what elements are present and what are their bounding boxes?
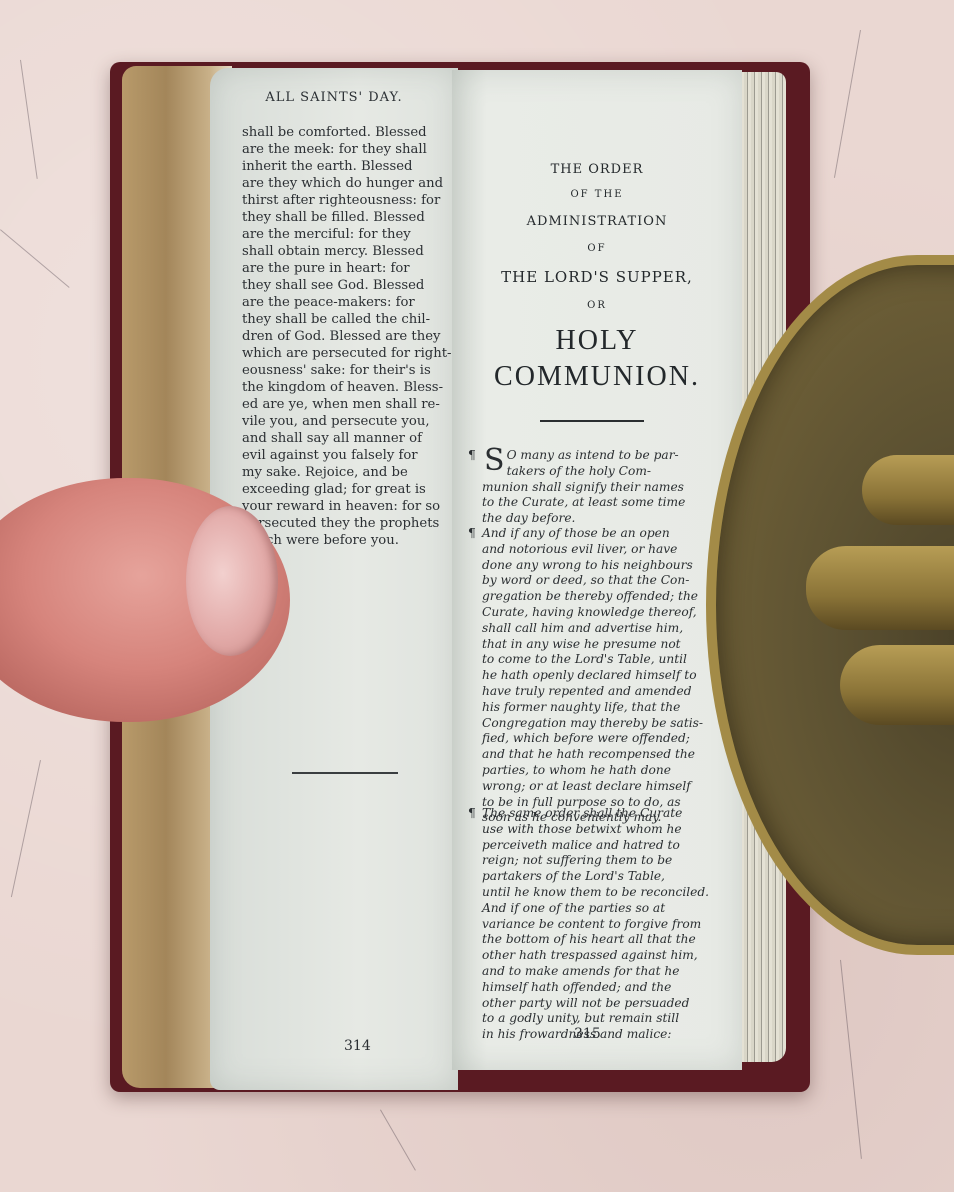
text-line: takers of the holy Com-	[484, 464, 704, 480]
right-page: THE ORDER OF THE ADMINISTRATION OF THE L…	[452, 70, 742, 1070]
text-line: Congregation may thereby be satis-	[482, 716, 704, 732]
text-line: are the pure in heart: for	[242, 260, 438, 277]
text-line: vile you, and persecute you,	[242, 413, 438, 430]
text-line: partakers of the Lord's Table,	[482, 869, 704, 885]
text-line: reign; not suffering them to be	[482, 853, 704, 869]
text-line: and to make amends for that he	[482, 964, 704, 980]
text-line: until he know them to be reconciled.	[482, 885, 704, 901]
brass-finger	[840, 645, 954, 725]
text-line: shall obtain mercy. Blessed	[242, 243, 438, 260]
text-line: And if one of the parties so at	[482, 901, 704, 917]
brass-finger	[806, 546, 954, 630]
text-line: your reward in heaven: for so	[242, 498, 438, 515]
text-line: thirst after righteousness: for	[242, 192, 438, 209]
text-line: other hath trespassed against him,	[482, 948, 704, 964]
text-line: use with those betwixt whom he	[482, 822, 704, 838]
text-line: that in any wise he presume not	[482, 637, 704, 653]
text-line: by word or deed, so that the Con-	[482, 573, 704, 589]
drop-cap: S	[484, 448, 505, 474]
text-line: they shall be called the chil-	[242, 311, 438, 328]
text-line: evil against you falsely for	[242, 447, 438, 464]
paper-fiber	[380, 1110, 416, 1171]
text-line: inherit the earth. Blessed	[242, 158, 438, 175]
text-line: O many as intend to be par-	[484, 448, 704, 464]
text-line: are the peace-makers: for	[242, 294, 438, 311]
brass-finger	[862, 455, 954, 525]
paper-fiber	[0, 229, 70, 288]
text-line: and that he hath recompensed the	[482, 747, 704, 763]
text-line: And if any of those be an open	[482, 526, 704, 542]
title-line: THE LORD'S SUPPER,	[452, 268, 742, 286]
page-number-right: 315	[574, 1026, 601, 1042]
text-line: eousness' sake: for their's is	[242, 362, 438, 379]
text-line: the kingdom of heaven. Bless-	[242, 379, 438, 396]
text-line: persecuted they the prophets	[242, 515, 438, 532]
fingernail	[186, 506, 278, 656]
text-line: wrong; or at least declare himself	[482, 779, 704, 795]
title-holy: HOLY	[452, 325, 742, 357]
rubric-paragraph-2: ¶ And if any of those be an open and not…	[470, 526, 704, 826]
text-line: gregation be thereby offended; the	[482, 589, 704, 605]
text-line: and shall say all manner of	[242, 430, 438, 447]
text-line: are the merciful: for they	[242, 226, 438, 243]
title-line: THE ORDER	[452, 162, 742, 177]
pilcrow-icon: ¶	[468, 526, 476, 542]
rubric-paragraph-3: ¶ The same order shall the Curate use wi…	[470, 806, 704, 1043]
section-rule	[292, 772, 398, 774]
section-title: THE ORDER OF THE ADMINISTRATION OF THE L…	[452, 162, 742, 393]
text-line: to the Curate, at least some time	[482, 495, 704, 511]
text-line: The same order shall the Curate	[482, 806, 704, 822]
text-line: to a godly unity, but remain still	[482, 1011, 704, 1027]
pilcrow-icon: ¶	[468, 806, 476, 822]
text-line: are the meek: for they shall	[242, 141, 438, 158]
rubric-paragraph-1: ¶ S O many as intend to be par- takers o…	[470, 448, 704, 527]
text-line: himself hath offended; and the	[482, 980, 704, 996]
text-line: are they which do hunger and	[242, 175, 438, 192]
paper-fiber	[11, 760, 41, 897]
text-line: they shall see God. Blessed	[242, 277, 438, 294]
title-line: OF	[452, 243, 742, 254]
text-line: Curate, having knowledge thereof,	[482, 605, 704, 621]
text-line: which are persecuted for right-	[242, 345, 438, 362]
paper-fiber	[834, 30, 861, 178]
text-line: the day before.	[482, 511, 704, 527]
paper-fiber	[840, 960, 862, 1159]
title-line: ADMINISTRATION	[452, 214, 742, 229]
title-line: OF THE	[452, 189, 742, 200]
text-line: exceeding glad; for great is	[242, 481, 438, 498]
pilcrow-icon: ¶	[468, 448, 476, 464]
title-communion: COMMUNION.	[452, 361, 742, 393]
text-line: my sake. Rejoice, and be	[242, 464, 438, 481]
text-line: they shall be filled. Blessed	[242, 209, 438, 226]
left-page-text: shall be comforted. Blessed are the meek…	[242, 124, 438, 549]
paper-fiber	[20, 60, 38, 179]
text-line: fied, which before were offended;	[482, 731, 704, 747]
page-number-left: 314	[344, 1038, 371, 1054]
text-line: shall call him and advertise him,	[482, 621, 704, 637]
title-line: OR	[452, 300, 742, 311]
text-line: perceiveth malice and hatred to	[482, 838, 704, 854]
text-line: variance be content to forgive from	[482, 917, 704, 933]
running-head: ALL SAINTS' DAY.	[210, 90, 458, 105]
text-line: he hath openly declared himself to	[482, 668, 704, 684]
text-line: ed are ye, when men shall re-	[242, 396, 438, 413]
text-line: done any wrong to his neighbours	[482, 558, 704, 574]
text-line: to come to the Lord's Table, until	[482, 652, 704, 668]
text-line: shall be comforted. Blessed	[242, 124, 438, 141]
text-line: munion shall signify their names	[482, 480, 704, 496]
text-line: the bottom of his heart all that the	[482, 932, 704, 948]
text-line: have truly repented and amended	[482, 684, 704, 700]
text-line: and notorious evil liver, or have	[482, 542, 704, 558]
text-line: dren of God. Blessed are they	[242, 328, 438, 345]
text-line: his former naughty life, that the	[482, 700, 704, 716]
text-line: other party will not be persuaded	[482, 996, 704, 1012]
text-line: parties, to whom he hath done	[482, 763, 704, 779]
section-rule	[540, 420, 644, 422]
